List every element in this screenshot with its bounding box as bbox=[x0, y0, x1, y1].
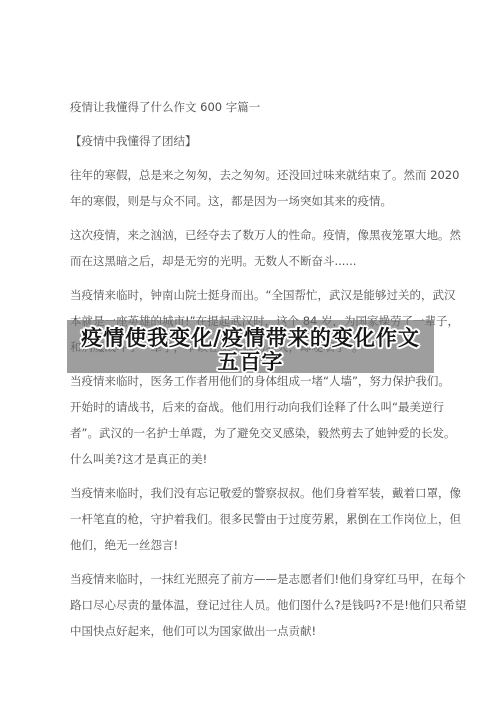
text-line: 这次疫情，来之汹汹，已经夺去了数万人的性命。疫情，像黑夜笼罩大地。然 bbox=[70, 222, 436, 248]
text-line: 他们，绝无一丝怨言! bbox=[70, 532, 436, 558]
essay-subheading: 【疫情中我懂得了团结】 bbox=[70, 128, 436, 154]
paragraph: 当疫情来临时，医务工作者用他们的身体组成一堵“人墙”，努力保护我们。开始时的请战… bbox=[70, 368, 436, 472]
watermark-title-overlay: 疫情使我变化/疫情带来的变化作文 五百字 bbox=[67, 320, 434, 373]
text-line: 开始时的请战书，后来的奋战。他们用行动向我们诠释了什么叫“最美逆行 bbox=[70, 394, 436, 420]
text-line: 当疫情来临时，钟南山院士挺身而出。“全国帮忙，武汉是能够过关的，武汉 bbox=[70, 282, 436, 308]
text-line: 而在这黑暗之后，却是无穷的光明。无数人不断奋斗...... bbox=[70, 248, 436, 274]
text-line: 一杆笔直的枪，守护着我们。很多民警由于过度劳累，累倒在工作岗位上，但 bbox=[70, 506, 436, 532]
text-line: 当疫情来临时，一抹红光照亮了前方——是志愿者们!他们身穿红马甲，在每个 bbox=[70, 566, 436, 592]
paragraph: 这次疫情，来之汹汹，已经夺去了数万人的性命。疫情，像黑夜笼罩大地。然而在这黑暗之… bbox=[70, 222, 436, 274]
text-line: 当疫情来临时，我们没有忘记敬爱的警察叔叔。他们身着军装，戴着口罩，像 bbox=[70, 480, 436, 506]
text-line: 往年的寒假，总是来之匆匆，去之匆匆。还没回过味来就结束了。然而 2020 bbox=[70, 162, 436, 188]
essay-heading: 疫情让我懂得了什么作文 600 字篇一 bbox=[70, 94, 436, 120]
paragraph: 往年的寒假，总是来之匆匆，去之匆匆。还没回过味来就结束了。然而 2020年的寒假… bbox=[70, 162, 436, 214]
text-line: 什么叫美?这才是真正的美! bbox=[70, 446, 436, 472]
text-line: 中国快点好起来，他们可以为国家做出一点贡献! bbox=[70, 618, 436, 644]
paragraph: 当疫情来临时，一抹红光照亮了前方——是志愿者们!他们身穿红马甲，在每个路口尽心尽… bbox=[70, 566, 436, 644]
text-line: 年的寒假，则是与众不同。这，都是因为一场突如其来的疫情。 bbox=[70, 188, 436, 214]
overlay-title-line1: 疫情使我变化/疫情带来的变化作文 bbox=[81, 326, 420, 350]
overlay-title-line2: 五百字 bbox=[218, 350, 284, 374]
text-line: 路口尽心尽责的量体温，登记过往人员。他们图什么?是钱吗?不是!他们只希望 bbox=[70, 592, 436, 618]
text-line: 者”。武汉的一名护士单霞，为了避免交叉感染，毅然剪去了她钟爱的长发。 bbox=[70, 420, 436, 446]
paragraph: 当疫情来临时，我们没有忘记敬爱的警察叔叔。他们身着军装，戴着口罩，像一杆笔直的枪… bbox=[70, 480, 436, 558]
document-page: 疫情让我懂得了什么作文 600 字篇一 【疫情中我懂得了团结】 往年的寒假，总是… bbox=[0, 0, 500, 706]
essay-paragraphs: 往年的寒假，总是来之匆匆，去之匆匆。还没回过味来就结束了。然而 2020年的寒假… bbox=[70, 162, 436, 644]
